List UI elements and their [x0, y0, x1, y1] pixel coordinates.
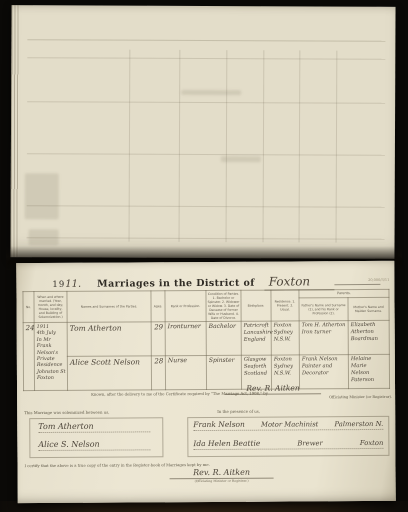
witness-occupation: Motor Machinist — [261, 420, 318, 428]
solemnized-between-us-label: This Marriage was solemnized between us, — [24, 410, 109, 416]
previous-page-blank-form — [10, 5, 395, 259]
header-residence: Residence. 1. Present. 2. Usual. — [271, 290, 299, 321]
faint-form-line — [27, 153, 385, 156]
witness-occupation: Brewer — [297, 439, 322, 447]
header-names: Names and Surnames of the Parties. — [67, 291, 151, 323]
groom-residence: Foxton Sydney N.S.W. — [271, 321, 299, 355]
header-rank: Rank or Profession. — [165, 290, 206, 321]
bride-name: Alice Scott Nelson — [67, 356, 151, 391]
witness-place: Palmerston N. — [334, 420, 383, 428]
officiating-minister-label: Officiating Minister (or Registrar). — [329, 395, 392, 399]
bleed-through-mark — [221, 156, 261, 162]
entry-number: 24 — [23, 323, 34, 391]
registrar-signature: Rev. R. Aitken — [170, 468, 274, 480]
witness-name: Ida Helen Beattie — [193, 439, 260, 448]
photo-of-register-book: { "register": { "year_printed": "19", "y… — [0, 0, 408, 512]
groom-age: 29 — [151, 322, 165, 356]
faint-form-line — [27, 205, 385, 208]
header-no: No. — [23, 292, 34, 323]
header-father: Father's Name and Surname (1), and his R… — [299, 298, 348, 321]
bleed-through-mark — [181, 90, 241, 95]
handwritten-district: Foxton — [265, 274, 335, 290]
bride-age: 28 — [151, 356, 165, 390]
faint-form-line — [263, 50, 265, 242]
groom-name: Tom Atherton — [67, 322, 151, 357]
witness-name: Frank Nelson — [193, 420, 245, 429]
printed-year-prefix: 19 — [52, 280, 65, 290]
groom-rank: Ironturner — [165, 322, 206, 356]
page-title: Marriages in the District of — [97, 278, 255, 290]
faint-form-line — [129, 50, 131, 242]
faint-form-line — [27, 39, 385, 42]
faint-form-line — [27, 101, 385, 104]
faint-form-line — [336, 51, 338, 243]
groom-father: Tom H. Atherton Iron turner — [299, 321, 348, 355]
header-birthplace: Birthplace. — [241, 290, 271, 321]
groom-birthplace: Patricroft Lancashire England — [241, 321, 271, 355]
witness-row: Frank Nelson Motor Machinist Palmerston … — [193, 419, 383, 431]
bleed-through-mark — [25, 173, 59, 219]
header-when-where: When and where married. (Year, month, an… — [34, 291, 67, 322]
faint-form-line — [179, 50, 181, 242]
faint-form-line — [226, 50, 228, 242]
registrar-caption: (Officiating Minister or Registrar.) — [170, 479, 274, 484]
in-presence-of-us-label: In the presence of us, — [217, 409, 260, 414]
officiant-signature: Rev. R. Aitken — [225, 383, 321, 395]
marriage-register-table: No. When and where married. (Year, month… — [22, 289, 390, 391]
page-stack-ragged-edge — [10, 5, 19, 257]
groom-signature: Tom Atherton — [38, 421, 150, 433]
header-mother: Mother's Name and Maiden Surname. — [348, 297, 389, 320]
groom-mother: Elizabeth Atherton Boardman — [348, 320, 389, 354]
title-rule-line — [335, 284, 381, 285]
faint-form-line — [299, 50, 301, 242]
witness-row: Ida Helen Beattie Brewer Foxton — [193, 438, 383, 450]
handwritten-year: 11. — [65, 279, 81, 290]
bride-entry-row: Alice Scott Nelson 28 Nurse Spinster Gla… — [23, 354, 389, 390]
marriage-register-page: 1911.Marriages in the District ofFoxton … — [16, 261, 395, 503]
bride-rank: Nurse — [165, 356, 206, 390]
bleed-through-mark — [29, 229, 59, 245]
parties-signature-box: Tom Atherton Alice S. Nelson — [29, 417, 163, 458]
witness-place: Foxton — [360, 439, 384, 447]
printers-form-code: 20,000/3/11 — [368, 278, 389, 282]
header-condition: Condition of Parties. 1. Bachelor or Spi… — [206, 290, 241, 321]
header-age: Ages. — [151, 291, 165, 322]
bride-mother: Helaine Marie Nelson Paterson — [348, 354, 389, 388]
faint-form-line — [27, 237, 385, 240]
faint-form-line — [27, 57, 385, 60]
bride-signature: Alice S. Nelson — [38, 439, 150, 451]
when-where-married: 1911 4th July In Mr Frank Nelson's Priva… — [34, 322, 67, 390]
groom-entry-row: 24 1911 4th July In Mr Frank Nelson's Pr… — [23, 320, 389, 356]
groom-condition: Bachelor — [206, 321, 241, 355]
witnesses-signature-box: Frank Nelson Motor Machinist Palmerston … — [187, 416, 389, 457]
